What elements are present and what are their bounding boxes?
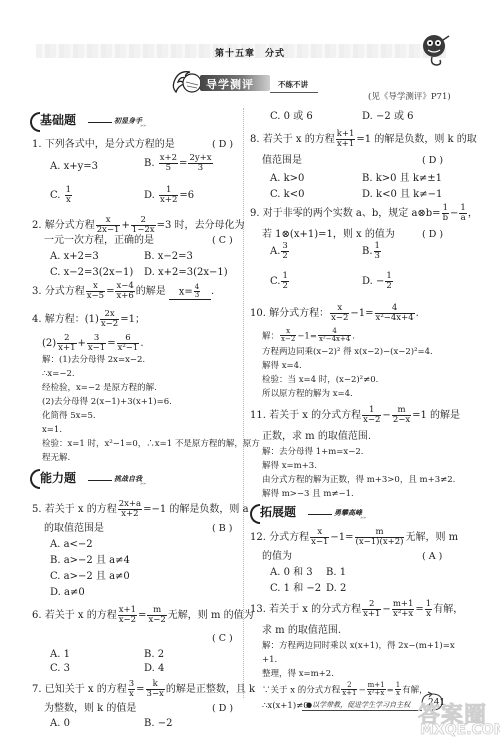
q1-option-b: B. x+25=2y+x3 <box>144 154 214 173</box>
q9-option-b: B.13 <box>362 242 382 261</box>
question-11-stem: 11. 若关于 x 的分式方程1x−2−m2−x=1 的解是 <box>250 406 460 425</box>
question-2-stem: 2. 解分式方程x2x−1+21−2x=3 时，去分母化为 <box>32 216 245 235</box>
q1-option-c: C. 1x <box>50 186 73 205</box>
section-header-ability-title: 能力题 挑战自我 »» <box>30 470 170 492</box>
solution-line: 解：xx−2−1=4x²−4x+4. <box>262 328 355 344</box>
question-9-answer: ( D ) <box>422 230 443 240</box>
solution-line: 解得 x=m+3. <box>262 462 317 471</box>
banner-underline <box>270 92 318 93</box>
q8-option-c: C. k<0 <box>270 190 304 200</box>
question-6-stem: 6. 若关于 x 的方程x+1x−2=mx−2无解，则 m 的值为 <box>32 606 254 625</box>
q6-option-b: B. 2 <box>144 650 164 660</box>
arrows-icon: »» <box>140 482 146 487</box>
solution-line: 所以原方程的解为 x=4. <box>262 390 353 399</box>
section-subtitle: 初显身手 <box>114 117 142 124</box>
solution-line: x=1. <box>42 426 62 435</box>
watermark-url: MXQE.COM <box>420 722 500 738</box>
solution-line: 解：去分母得 1+m=x−2. <box>262 448 363 457</box>
reference-note: (见《导学测评》P71) <box>368 90 451 102</box>
mascot-icon <box>418 32 452 68</box>
question-4-part2: (2)2x+1+3x−1=6x²−1. <box>42 334 144 353</box>
section-header-ability <box>30 445 170 467</box>
q8-option-d: D. k<0 且 k≠−1 <box>362 190 442 200</box>
solution-line: 化简得 5x=5. <box>42 412 96 421</box>
question-12-stem-line2: 的值为 <box>262 552 292 562</box>
question-8-stem-line2: 值范围是 <box>262 156 302 166</box>
section-banner: 导学测评 不练不讲 <box>170 68 318 98</box>
section-title: 能力题 <box>40 472 76 484</box>
question-9-stem: 9. 对于非零的两个实数 a、b，规定 a⊗b=1b−1a， <box>250 204 478 223</box>
question-1-answer: ( D ) <box>212 140 233 150</box>
bracket-icon <box>30 112 40 132</box>
solution-line: 检验：当 x=4 时，(x−2)²≠0. <box>262 376 378 385</box>
q2-option-b: B. x−2=3 <box>144 252 193 262</box>
question-7-stem-line2: 为整数，则 k 的值是 <box>44 704 136 714</box>
q12-option-a: A. 0 和 3 <box>270 568 313 578</box>
q12-option-d: D. 2 <box>326 584 346 594</box>
q12-option-c: C. 1 和 −2 <box>270 584 321 594</box>
q5-option-d: D. a≠0 <box>50 588 85 598</box>
solution-line: 解：(1)去分母得 2x=x−2. <box>42 356 145 365</box>
divider <box>88 480 112 481</box>
q7-option-a: A. 0 <box>50 719 70 729</box>
q2-option-c: C. x−2=3(2x−1) <box>50 268 133 278</box>
arrows-icon: »» <box>140 124 146 129</box>
divider <box>88 122 112 123</box>
question-9-stem-line2: 若 1⊗(x+1)=1，则 x 的值为 <box>262 230 395 240</box>
question-10-stem: 10. 解分式方程：xx−2−1=4x²−4x+4. <box>250 304 419 323</box>
section-subtitle: 勇攀高峰 <box>334 509 362 516</box>
q2-option-d: D. x+2=3(2x−1) <box>144 268 228 278</box>
q7-option-c: C. 0 或 6 <box>270 112 313 122</box>
footer-slogan: ●以学带教，促进学生学习自主权 <box>306 700 410 710</box>
question-7-stem: 7. 已知关于 x 的方程3x=k3−x的解是正整数，且 k <box>32 680 255 699</box>
question-3-stem: 3. 分式方程xx−5=x−4x+6的解是 x=43. <box>32 282 214 301</box>
solution-line: ∴x=−2. <box>42 370 75 379</box>
section-subtitle: 挑战自我 <box>114 475 142 482</box>
banner-subtitle: 不练不讲 <box>278 79 308 90</box>
section-title: 拓展题 <box>260 506 296 518</box>
q7-option-d: D. −2 或 6 <box>362 112 413 122</box>
q6-option-c: C. 3 <box>50 664 70 674</box>
question-3-answer: x=43 <box>169 284 211 301</box>
solution-line: 经检验，x=−2 是原方程的解. <box>42 384 157 393</box>
q5-option-a: A. a<−2 <box>50 540 93 550</box>
flame-icon <box>170 68 204 96</box>
question-6-answer: ( C ) <box>212 634 233 644</box>
q5-option-b: B. a>−2 且 a≠4 <box>50 556 130 566</box>
q5-option-c: C. a>−2 且 a≠0 <box>50 572 130 582</box>
question-12-answer: ( A ) <box>422 552 442 562</box>
question-8-stem: 8. 若关于 x 的方程k+1x+1=1 的解是负数，则 k 的取 <box>250 130 477 149</box>
q1-option-d: D. 1x+2=6 <box>144 186 194 205</box>
question-1-stem: 1. 下列各式中，是分式方程的是 <box>32 140 175 150</box>
question-2-stem-line2: 一元一次方程，正确的是 <box>44 236 154 246</box>
solution-line: 解：方程两边同时乘以 x(x+1)，得 2x−(m+1)=x <box>262 642 455 651</box>
section-header-extension: 拓展题 勇攀高峰 »» <box>250 504 390 526</box>
question-4-stem: 4. 解方程：(1)2xx−2=1； <box>32 310 145 329</box>
q9-option-a: A.32 <box>270 242 290 261</box>
question-8-answer: ( D ) <box>422 156 443 166</box>
banner-title: 导学测评 <box>206 76 254 92</box>
q8-option-a: A. k>0 <box>270 174 304 184</box>
solution-line: +1. <box>262 656 277 665</box>
q7-option-b: B. −2 <box>144 719 172 729</box>
footer-line <box>302 710 422 711</box>
solution-line: (2)去分母得 2(x−1)+3(x+1)=6. <box>42 398 172 407</box>
question-13-stem-line2: 求 m 的取值范围. <box>262 626 341 636</box>
question-7-answer: ( D ) <box>212 704 233 714</box>
q9-option-c: C.12 <box>270 272 290 291</box>
q8-option-b: B. k>0 且 k≠±1 <box>362 174 442 184</box>
solution-line: ∵关于 x 的分式方程2x+1−m+1x²+x=1x有解， <box>262 682 428 698</box>
q6-option-a: A. 1 <box>50 650 70 660</box>
solution-line: 解得 m>−3 且 m≠−1. <box>262 490 354 499</box>
question-2-answer: ( C ) <box>212 236 233 246</box>
question-5-answer: ( B ) <box>212 524 232 534</box>
q2-option-a: A. x+2=3 <box>50 252 99 262</box>
arrows-icon: »» <box>360 516 366 521</box>
question-12-stem: 12. 分式方程xx−1−1=m(x−1)(x+2)无解，则 m <box>250 528 458 547</box>
q6-option-d: D. 4 <box>144 664 164 674</box>
question-5-stem: 5. 若关于 x 的方程2x+ax+2=−1 的解是负数，则 a <box>32 500 249 519</box>
q9-option-d: D. −12 <box>362 272 394 291</box>
solution-line: 方程两边同乘(x−2)² 得 x(x−2)−(x−2)²=4. <box>262 348 433 357</box>
section-header-basic: 基础题 初显身手 »» <box>30 112 170 134</box>
question-13-stem: 13. 若关于 x 的分式方程2x+1−m+1x²+x=1x有解， <box>250 600 463 619</box>
bracket-icon <box>250 504 260 524</box>
divider <box>308 514 332 515</box>
section-title: 基础题 <box>40 114 76 126</box>
q1-option-a: A. x+y=3 <box>50 162 98 172</box>
question-11-stem-line2: 正数，求 m 的取值范围. <box>262 432 371 442</box>
solution-line: 整理，得 x=m+2. <box>262 670 334 679</box>
question-5-stem-line2: 的取值范围是 <box>44 524 104 534</box>
solution-line: 解得 x=4. <box>262 362 302 371</box>
q12-option-b: B. 1 <box>326 568 346 578</box>
solution-line: 由分式方程的解为正数，得 m+3>0，且 m+3≠2. <box>262 476 455 485</box>
